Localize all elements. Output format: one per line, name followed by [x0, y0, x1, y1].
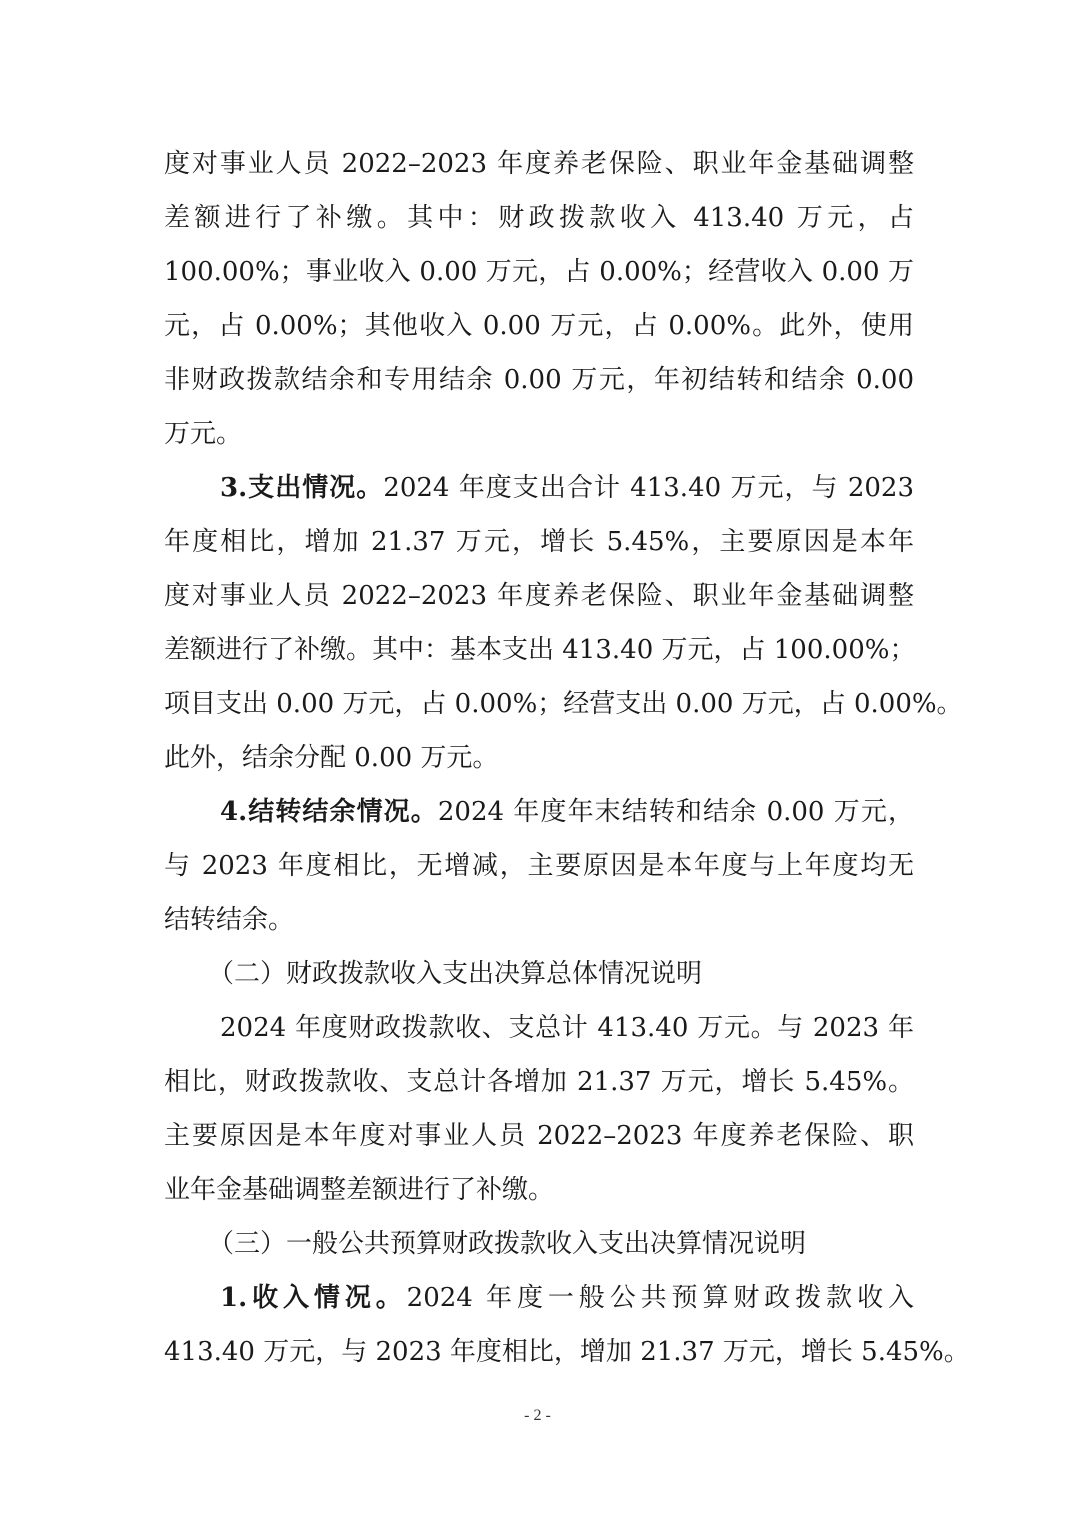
section-heading: （三）一般公共预算财政拨款收入支出决算情况说明 [164, 1217, 914, 1271]
text-line: 413.40 万元，与 2023 年度相比，增加 21.37 万元，增长 5.4… [164, 1325, 914, 1379]
paragraph-income-continued: 度对事业人员 2022–2023 年度养老保险、职业年金基础调整 差额进行了补缴… [164, 137, 914, 461]
text-line: 结转结余。 [164, 893, 914, 947]
text-line: 差额进行了补缴。其中：财政拨款收入 413.40 万元，占 [164, 191, 914, 245]
text-line: 差额进行了补缴。其中：基本支出 413.40 万元，占 100.00%； [164, 623, 914, 677]
text-line: 2024 年度财政拨款收、支总计 413.40 万元。与 2023 年 [164, 1001, 914, 1055]
text-line: 3.支出情况。2024 年度支出合计 413.40 万元，与 2023 [164, 461, 914, 515]
paragraph-section-3-income: 1.收入情况。2024 年度一般公共预算财政拨款收入 413.40 万元，与 2… [164, 1271, 914, 1379]
text-line: 项目支出 0.00 万元，占 0.00%；经营支出 0.00 万元，占 0.00… [164, 677, 914, 731]
document-page: 度对事业人员 2022–2023 年度养老保险、职业年金基础调整 差额进行了补缴… [164, 137, 914, 1379]
text-line: 4.结转结余情况。2024 年度年末结转和结余 0.00 万元， [164, 785, 914, 839]
paragraph-title: 4.结转结余情况。 [220, 797, 438, 827]
page-number: - 2 - [0, 1407, 1075, 1425]
text-line: 非财政拨款结余和专用结余 0.00 万元，年初结转和结余 0.00 [164, 353, 914, 407]
paragraph-section-2: 2024 年度财政拨款收、支总计 413.40 万元。与 2023 年 相比，财… [164, 1001, 914, 1217]
text-line: 度对事业人员 2022–2023 年度养老保险、职业年金基础调整 [164, 137, 914, 191]
text-line: 100.00%；事业收入 0.00 万元，占 0.00%；经营收入 0.00 万 [164, 245, 914, 299]
paragraph-title: 3.支出情况。 [220, 473, 383, 503]
text-line: 业年金基础调整差额进行了补缴。 [164, 1163, 914, 1217]
text-line: 此外，结余分配 0.00 万元。 [164, 731, 914, 785]
section-heading: （二）财政拨款收入支出决算总体情况说明 [164, 947, 914, 1001]
text-span: 2024 年度支出合计 413.40 万元，与 2023 [383, 473, 914, 503]
paragraph-expenditure: 3.支出情况。2024 年度支出合计 413.40 万元，与 2023 年度相比… [164, 461, 914, 785]
text-line: 万元。 [164, 407, 914, 461]
paragraph-carryover: 4.结转结余情况。2024 年度年末结转和结余 0.00 万元， 与 2023 … [164, 785, 914, 947]
text-line: 相比，财政拨款收、支总计各增加 21.37 万元，增长 5.45%。 [164, 1055, 914, 1109]
text-line: 1.收入情况。2024 年度一般公共预算财政拨款收入 [164, 1271, 914, 1325]
text-span: 2024 年度年末结转和结余 0.00 万元， [438, 797, 914, 827]
paragraph-title: 1.收入情况。 [220, 1283, 407, 1313]
text-span: 2024 年度一般公共预算财政拨款收入 [407, 1283, 914, 1313]
text-line: 年度相比，增加 21.37 万元，增长 5.45%，主要原因是本年 [164, 515, 914, 569]
text-line: 与 2023 年度相比，无增减，主要原因是本年度与上年度均无 [164, 839, 914, 893]
text-line: 元，占 0.00%；其他收入 0.00 万元，占 0.00%。此外，使用 [164, 299, 914, 353]
text-line: 主要原因是本年度对事业人员 2022–2023 年度养老保险、职 [164, 1109, 914, 1163]
text-line: 度对事业人员 2022–2023 年度养老保险、职业年金基础调整 [164, 569, 914, 623]
